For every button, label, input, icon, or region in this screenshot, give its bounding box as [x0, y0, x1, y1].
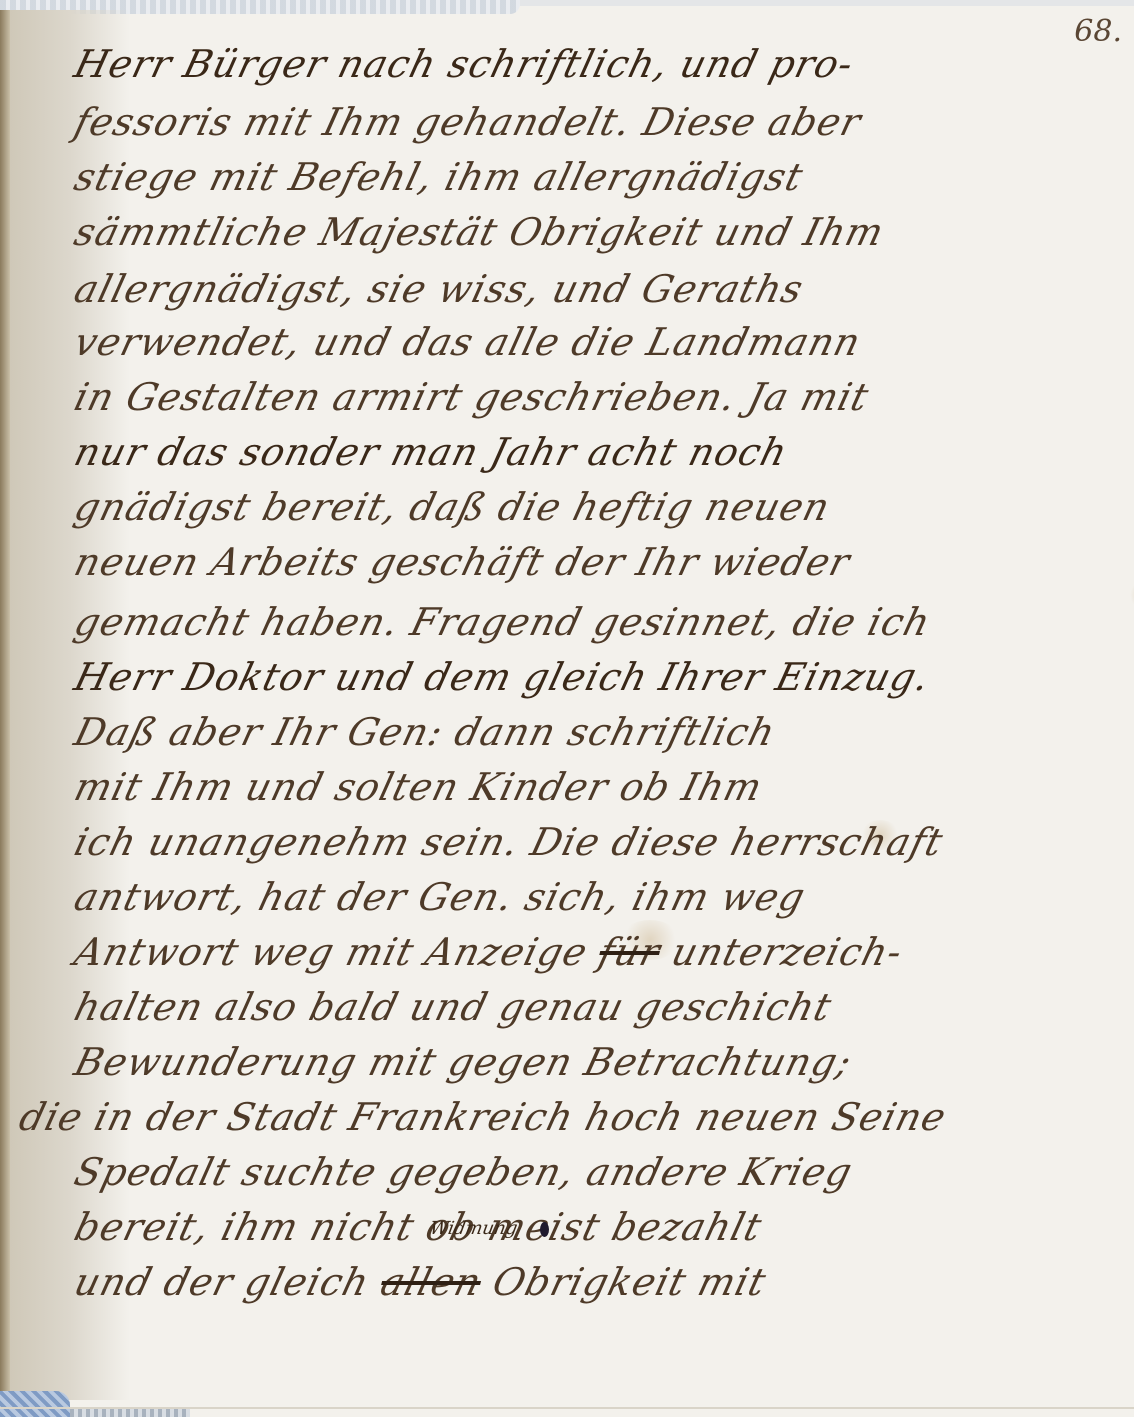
- ink-blot: [540, 1222, 549, 1237]
- manuscript-line-with-strikethrough: Antwort weg mit Anzeige für unterzeich-: [70, 930, 907, 974]
- page-top-edge: [520, 0, 1134, 6]
- manuscript-line: verwendet, und das alle die Landmann: [70, 320, 866, 364]
- manuscript-line: Daß aber Ihr Gen: dann schriftlich: [70, 710, 780, 754]
- manuscript-line: bereit, ihm nicht ob meist bezahlt: [70, 1205, 767, 1249]
- manuscript-line: Bewunderung mit gegen Betrachtung;: [70, 1040, 857, 1084]
- interlinear-insertion: Widmung: [428, 1218, 519, 1239]
- manuscript-line: ich unangenehm sein. Die diese herrschaf…: [70, 820, 948, 864]
- manuscript-line: gemacht haben. Fragend gesinnet, die ich: [70, 600, 935, 644]
- struck-word: für: [595, 930, 666, 974]
- page-number: 68.: [1074, 14, 1122, 49]
- manuscript-line: mit Ihm und solten Kinder ob Ihm: [70, 765, 767, 809]
- fabric-ribbon-bottom-strip: [70, 1409, 190, 1417]
- fabric-ribbon-bottom: [0, 1391, 70, 1417]
- paper-stain: [1130, 580, 1134, 610]
- manuscript-line-outdented: die in der Stadt Frankreich hoch neuen S…: [15, 1095, 951, 1139]
- manuscript-line: halten also bald und genau geschicht: [70, 985, 836, 1029]
- manuscript-line: Herr Doktor und dem gleich Ihrer Einzug.: [70, 655, 935, 699]
- manuscript-line-with-strikethrough: und der gleich allen Obrigkeit mit: [70, 1260, 771, 1304]
- manuscript-line: sämmtliche Majestät Obrigkeit und Ihm: [70, 210, 889, 254]
- manuscript-line: antwort, hat der Gen. sich, ihm weg: [70, 875, 810, 919]
- manuscript-line: in Gestalten armirt geschrieben. Ja mit: [70, 375, 874, 419]
- manuscript-line: neuen Arbeits geschäft der Ihr wieder: [70, 540, 855, 584]
- struck-word: allen: [376, 1260, 486, 1304]
- manuscript-line: stiege mit Befehl, ihm allergnädigst: [70, 155, 808, 199]
- manuscript-line: Spedalt suchte gegeben, andere Krieg: [70, 1150, 857, 1194]
- manuscript-line: gnädigst bereit, daß die heftig neuen: [70, 485, 835, 529]
- binding-gutter: [0, 10, 10, 1400]
- page-bottom-edge: [0, 1407, 1134, 1409]
- manuscript-scan: 68. Herr Bürger nach schriftlich, und pr…: [0, 0, 1134, 1417]
- manuscript-line: nur das sonder man Jahr acht noch: [70, 430, 792, 474]
- manuscript-line: allergnädigst, sie wiss, und Geraths: [70, 267, 808, 311]
- manuscript-line: fessoris mit Ihm gehandelt. Diese aber: [70, 100, 866, 144]
- manuscript-line: Herr Bürger nach schriftlich, und pro-: [70, 42, 858, 86]
